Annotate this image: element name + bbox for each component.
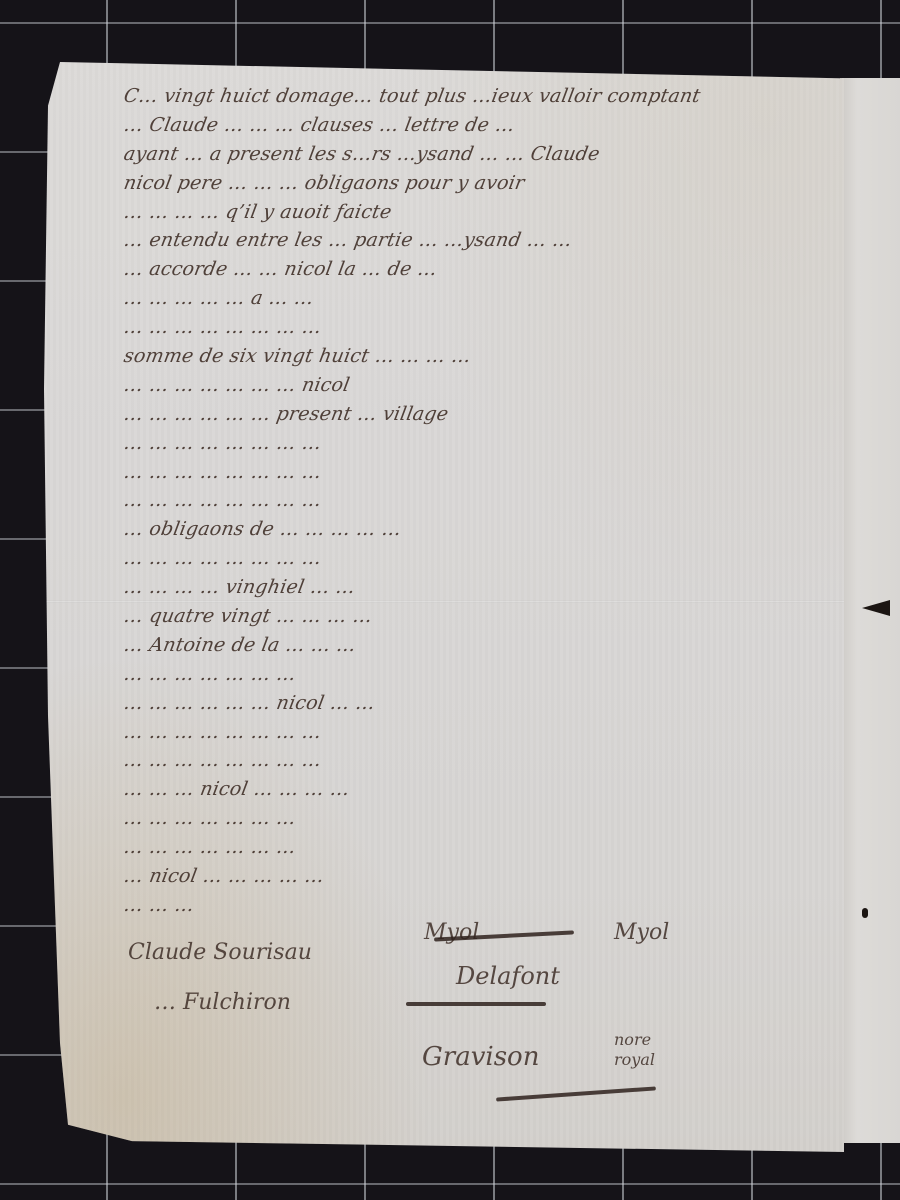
signature-myol-1: Myol (424, 920, 479, 945)
signature-block: Claude Sourisau … Fulchiron Myol Myol De… (44, 62, 844, 1152)
notary-flourish (496, 1086, 656, 1101)
signature-underline (406, 1002, 546, 1006)
signature-delafont: Delafont (456, 962, 560, 990)
notary-title: nore royal (614, 1030, 674, 1070)
ink-dot-mark (862, 908, 868, 918)
signature-claude-sourisau: Claude Sourisau (128, 940, 312, 965)
ink-arrow-mark (862, 600, 890, 616)
signature-myol-2: Myol (614, 920, 669, 945)
signature-fulchiron: … Fulchiron (154, 990, 291, 1015)
signature-gravison: Gravison (422, 1042, 539, 1072)
manuscript-page: C… vingt huict domage… tout plus …ieux v… (44, 62, 844, 1152)
